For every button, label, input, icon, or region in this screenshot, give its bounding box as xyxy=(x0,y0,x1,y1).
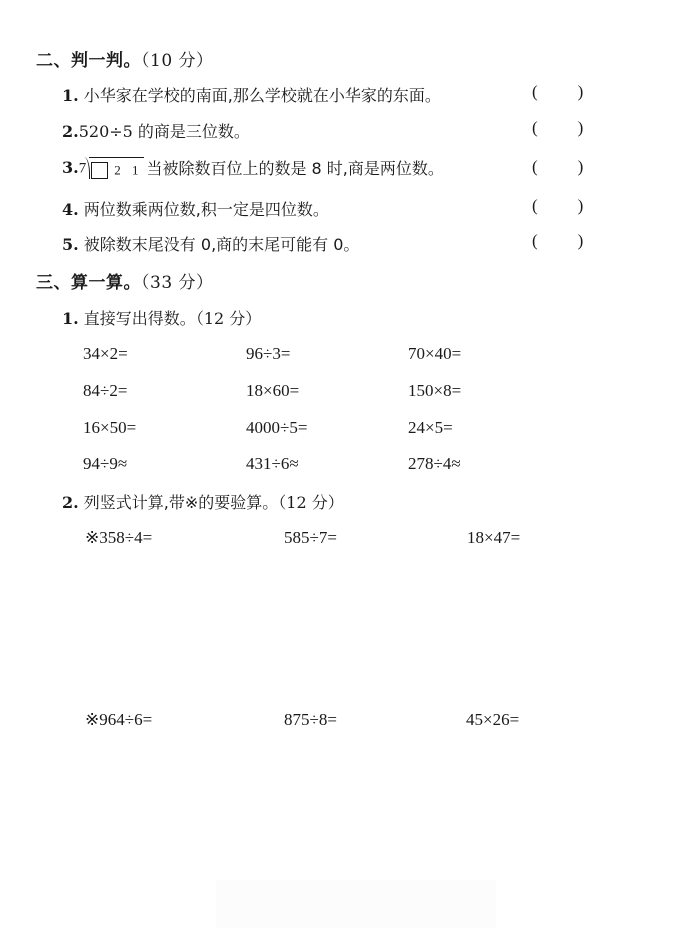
question-text: 被除数末尾没有 0,商的末尾可能有 0。 xyxy=(84,235,360,254)
mental-calc-2-1: 84÷2= xyxy=(83,381,127,401)
vertical-calc-2-3: 45×26= xyxy=(466,710,519,730)
answer-blank-3[interactable]: () xyxy=(532,157,583,177)
dividend-digits: 2 1 xyxy=(114,162,142,177)
paren-close: ) xyxy=(578,196,584,215)
paren-open: ( xyxy=(532,118,538,137)
section-2-heading: 二、判一判。（10 分） xyxy=(36,46,214,71)
section-3-title: 三、算一算。 xyxy=(36,273,141,293)
question-expression: 520÷5 xyxy=(79,122,133,141)
mental-calc-1-3: 70×40= xyxy=(408,344,461,364)
mental-calc-1-1: 34×2= xyxy=(83,344,128,364)
answer-blank-4[interactable]: () xyxy=(532,196,583,216)
paren-open: ( xyxy=(532,231,538,250)
question-number: 2. xyxy=(62,122,79,141)
paren-open: ( xyxy=(532,157,538,176)
dividend: 2 1 xyxy=(89,157,144,179)
judge-question-3: 3. 72 1 当被除数百位上的数是 8 时,商是两位数。 xyxy=(62,156,444,179)
question-number: 1. xyxy=(62,86,79,105)
paren-close: ) xyxy=(578,118,584,137)
mental-calc-2-2: 18×60= xyxy=(246,381,299,401)
judge-question-1: 1. 小华家在学校的南面,那么学校就在小华家的东面。 xyxy=(62,83,441,106)
vertical-calc-1-1: ※358÷4= xyxy=(85,528,152,548)
part-points: （12 分） xyxy=(278,493,343,512)
paren-close: ) xyxy=(578,231,584,250)
question-number: 5. xyxy=(62,235,79,254)
section-2-title: 二、判一判。 xyxy=(36,51,141,71)
vertical-calc-1-3: 18×47= xyxy=(467,528,520,548)
part-2-heading: 2. 列竖式计算,带※的要验算。（12 分） xyxy=(62,490,344,513)
part-1-heading: 1. 直接写出得数。（12 分） xyxy=(62,306,261,329)
question-text: 的商是三位数。 xyxy=(133,122,250,141)
paren-open: ( xyxy=(532,196,538,215)
vertical-calc-2-2: 875÷8= xyxy=(284,710,337,730)
part-points: （12 分） xyxy=(196,309,261,328)
judge-question-2: 2.520÷5 的商是三位数。 xyxy=(62,119,250,142)
section-2-points: （10 分） xyxy=(141,51,214,71)
mental-calc-4-2: 431÷6≈ xyxy=(246,454,299,474)
part-number: 1. xyxy=(62,309,79,328)
mental-calc-3-1: 16×50= xyxy=(83,418,136,438)
question-text: 两位数乘两位数,积一定是四位数。 xyxy=(84,200,329,219)
part-title: 列竖式计算,带※的要验算。 xyxy=(84,493,279,512)
judge-question-5: 5. 被除数末尾没有 0,商的末尾可能有 0。 xyxy=(62,232,359,255)
mental-calc-3-3: 24×5= xyxy=(408,418,453,438)
blank-area xyxy=(216,880,496,928)
part-title: 直接写出得数。 xyxy=(84,309,196,328)
mental-calc-4-3: 278÷4≈ xyxy=(408,454,461,474)
answer-blank-1[interactable]: () xyxy=(532,82,583,102)
section-3-points: （33 分） xyxy=(141,273,214,293)
vertical-calc-1-2: 585÷7= xyxy=(284,528,337,548)
paren-close: ) xyxy=(578,82,584,101)
paren-close: ) xyxy=(578,157,584,176)
question-number: 4. xyxy=(62,200,79,219)
section-3-heading: 三、算一算。（33 分） xyxy=(36,268,214,293)
long-division-figure: 72 1 xyxy=(79,157,145,179)
vertical-calc-2-1: ※964÷6= xyxy=(85,710,152,730)
missing-digit-box[interactable] xyxy=(91,162,108,179)
mental-calc-4-1: 94÷9≈ xyxy=(83,454,127,474)
answer-blank-5[interactable]: () xyxy=(532,231,583,251)
judge-question-4: 4. 两位数乘两位数,积一定是四位数。 xyxy=(62,197,329,220)
question-text: 小华家在学校的南面,那么学校就在小华家的东面。 xyxy=(84,86,441,105)
mental-calc-2-3: 150×8= xyxy=(408,381,461,401)
question-text: 当被除数百位上的数是 8 时,商是两位数。 xyxy=(146,159,443,178)
answer-blank-2[interactable]: () xyxy=(532,118,583,138)
mental-calc-1-2: 96÷3= xyxy=(246,344,290,364)
paren-open: ( xyxy=(532,82,538,101)
question-number: 3. xyxy=(62,158,79,177)
mental-calc-3-2: 4000÷5= xyxy=(246,418,307,438)
part-number: 2. xyxy=(62,493,79,512)
